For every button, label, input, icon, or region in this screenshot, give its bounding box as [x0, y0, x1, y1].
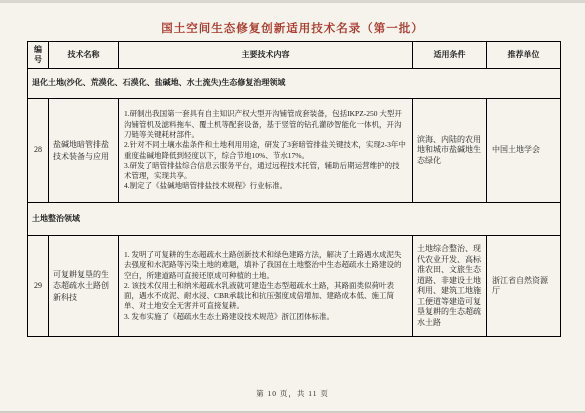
tech-number: 28 — [28, 99, 49, 203]
table-row: 28 盐碱地暗管排盐技术装备与应用 1.研制出我国第一套具有自主知识产权大型开沟… — [28, 99, 561, 203]
content-item: 2.针对不同土壤水盐条件和土地利用用途，研发了3套暗管排盐关键技术，实现2-3年… — [124, 140, 407, 161]
content-item: 1.研制出我国第一套具有自主知识产权大型开沟铺管成套装备，包括IKPZ-250 … — [124, 109, 407, 140]
content-item: 1. 发明了可复耕的生态超疏水土路创新技术和绿色建路方法，解决了土路遇水成泥失去… — [124, 250, 407, 281]
content-item: 3. 发布实施了《超疏水生态土路建设技术规范》浙江团体标准。 — [124, 312, 407, 322]
section-header-degraded-land: 退化土地(沙化、荒漠化、石漠化、盐碱地、水土流失)生态修复治理领域 — [28, 69, 561, 99]
content-item: 3.研发了暗管排盐综合信息云服务平台，通过远程技术托管，辅助后期运营维护的技术管… — [124, 161, 407, 182]
table-header-row: 编号 技术名称 主要技术内容 适用条件 推荐单位 — [28, 42, 561, 69]
applicable-conditions: 土地综合整治、现代农业开发、高标准农田、文旅生态道路、非建设土地利用、建筑工地施… — [413, 236, 487, 337]
section-label: 土地整治领域 — [28, 203, 561, 236]
table-row: 29 可复耕复垦的生态超疏水土路创新科技 1. 发明了可复耕的生态超疏水土路创新… — [28, 236, 561, 337]
page-top-edge — [0, 0, 585, 3]
page-title: 国土空间生态修复创新适用技术名录（第一批） — [0, 20, 585, 36]
col-header-conditions: 适用条件 — [413, 42, 487, 69]
content-item: 4.制定了《盐碱地暗管排盐技术规程》行业标准。 — [124, 181, 407, 191]
page-number: 第 10 页，共 11 页 — [0, 388, 585, 399]
col-header-tech-name: 技术名称 — [49, 42, 119, 69]
section-label: 退化土地(沙化、荒漠化、石漠化、盐碱地、水土流失)生态修复治理领域 — [28, 69, 561, 99]
content-item: 2. 该技术仅用土和纳米超疏水乳液就可建造生态型超疏水土路，其路面类似荷叶表面，… — [124, 281, 407, 312]
col-header-recommender: 推荐单位 — [487, 42, 561, 69]
tech-name: 可复耕复垦的生态超疏水土路创新科技 — [49, 236, 119, 337]
catalog-table: 编号 技术名称 主要技术内容 适用条件 推荐单位 退化土地(沙化、荒漠化、石漠化… — [27, 41, 561, 337]
recommending-unit: 中国土地学会 — [487, 99, 561, 203]
tech-number: 29 — [28, 236, 49, 337]
section-header-land-consolidation: 土地整治领域 — [28, 203, 561, 236]
recommending-unit: 浙江省自然资源厅 — [487, 236, 561, 337]
document-page: 国土空间生态修复创新适用技术名录（第一批） 编号 技术名称 主要技术内容 适用条… — [0, 0, 585, 413]
col-header-number: 编号 — [28, 42, 49, 69]
applicable-conditions: 滨海、内陆的农用地和城市盐碱地生态绿化 — [413, 99, 487, 203]
tech-content: 1.研制出我国第一套具有自主知识产权大型开沟铺管成套装备，包括IKPZ-250 … — [119, 99, 413, 203]
tech-content: 1. 发明了可复耕的生态超疏水土路创新技术和绿色建路方法，解决了土路遇水成泥失去… — [119, 236, 413, 337]
tech-name: 盐碱地暗管排盐技术装备与应用 — [49, 99, 119, 203]
col-header-main-content: 主要技术内容 — [119, 42, 413, 69]
